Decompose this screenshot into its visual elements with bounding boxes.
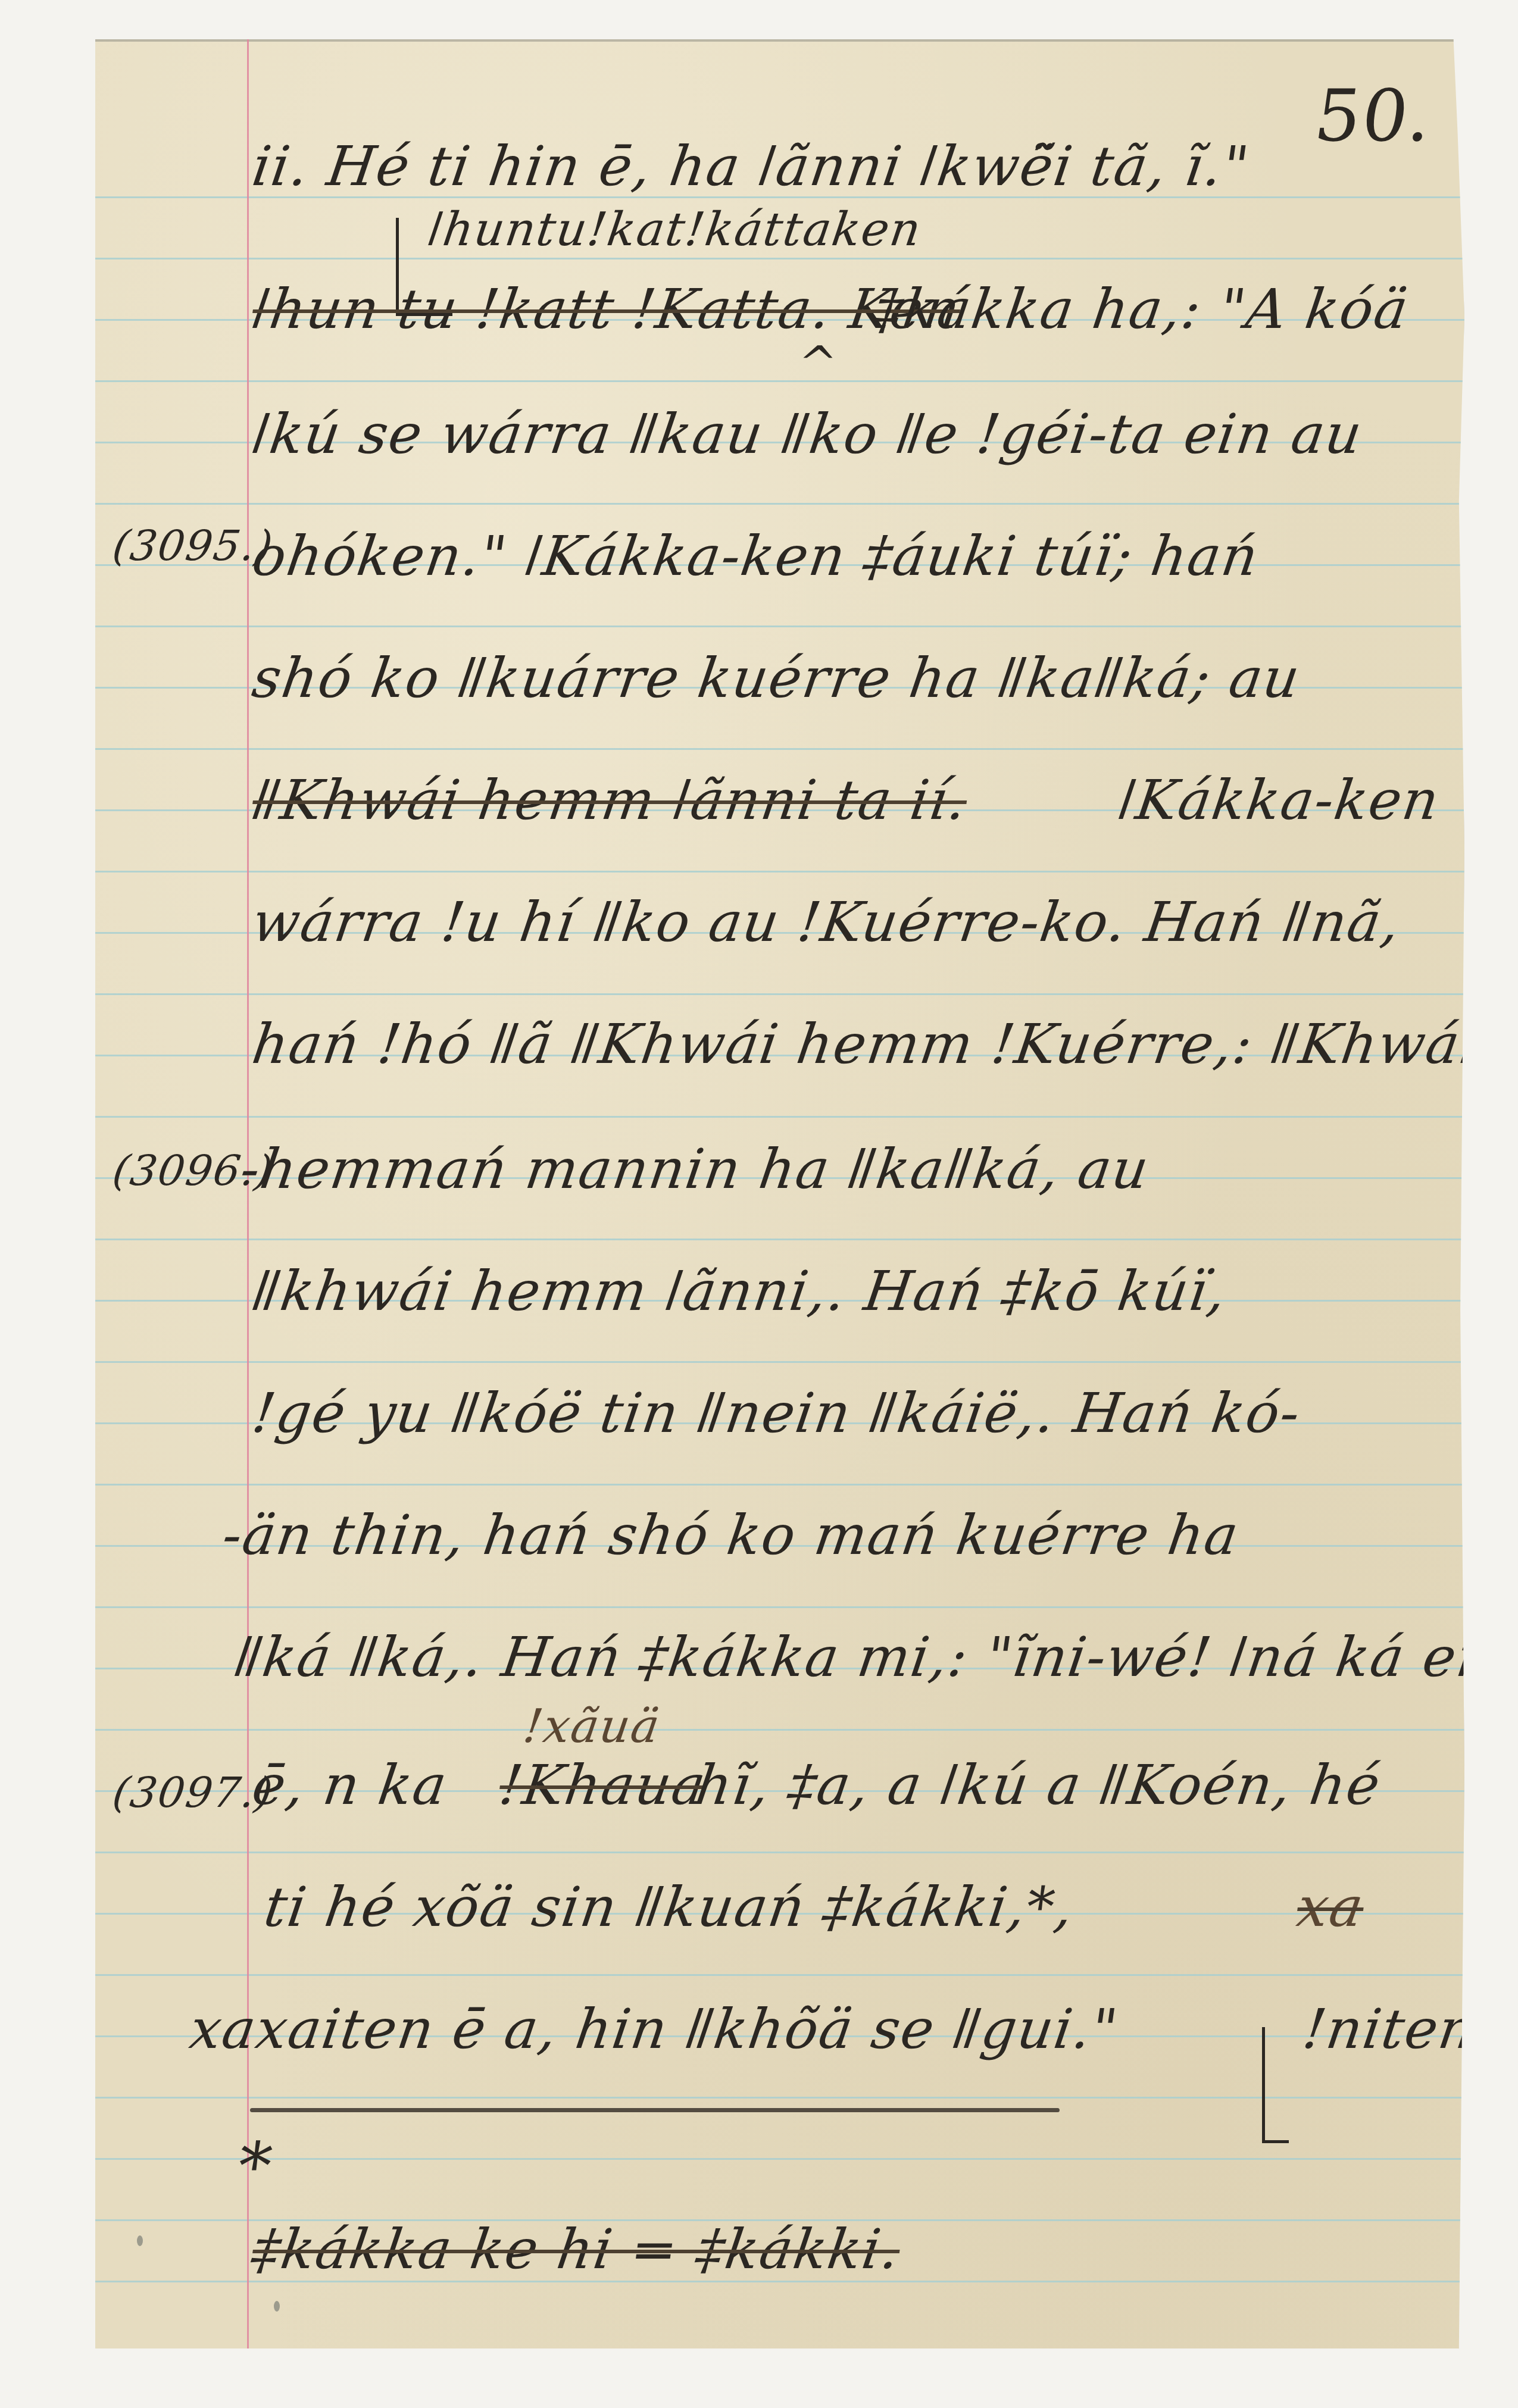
rule-line (95, 380, 1464, 382)
text-line-17: xaxaiten ē a, hin ǁkhõä se ǁgui." (186, 1997, 1122, 2061)
rule-line (95, 1606, 1464, 1608)
rule-line (95, 1974, 1464, 1976)
rule-line (95, 1484, 1464, 1486)
rule-line (95, 503, 1464, 505)
footnote-text: ‡kákka ke hi = ‡kákki. (248, 2218, 904, 2281)
page-edge (95, 39, 1464, 42)
manuscript-page: 50. (3095.) (3096.) (3097.) ii. Hé ti hi… (95, 39, 1464, 2348)
text-line-13: -än thin, hań shó ko mań kuérre ha (218, 1503, 1243, 1567)
text-line-8: wárra !u hí ǁko au !Kuérre-ko. Hań ǁnã, (248, 890, 1404, 954)
text-line-14: ǁká ǁká,. Hań ‡kákka mi,: "ĩni-wé! ǀná k… (230, 1625, 1498, 1689)
text-line-4: ǀkú se wárra ǁkau ǁko ǁe !géi-ta ein au (248, 402, 1366, 466)
interlinear-correction: ǀhuntu!kat!káttaken (425, 203, 925, 257)
text-line-16: ti hé xõä sin ǁkuań ‡kákki,*, (260, 1875, 1078, 1939)
section-divider (250, 2108, 1060, 2112)
struck-text: !Khaua (495, 1753, 710, 1817)
rule-line (95, 1239, 1464, 1240)
rule-line (95, 2097, 1464, 2099)
paper-speck (137, 2235, 143, 2246)
struck-text: xa (1293, 1875, 1368, 1939)
footnote-marker: * (233, 2128, 277, 2204)
struck-text: ǀhun tu !katt !Katta. Ken (248, 277, 964, 341)
insertion-bracket (1262, 2027, 1289, 2143)
marginal-note: !niten (1299, 1997, 1479, 2061)
rule-line (95, 626, 1464, 627)
text-line-10: -hemmań mannin ha ǁkaǁká, au (236, 1137, 1153, 1201)
text-line-11: ǁkhwái hemm ǀãnni,. Hań ‡kō kúï, (248, 1259, 1230, 1323)
text-line-3: ‡kákka ha,: "A kóä (870, 277, 1413, 341)
text-line-1: ii. Hé ti hin ē, ha ǀãnni ǀkwẽ̈i tã, ĩ." (248, 135, 1254, 198)
text-line-6: shó ko ǁkuárre kuérre ha ǁkaǁká; au (248, 646, 1304, 710)
paper-speck (274, 2301, 280, 2312)
rule-line (95, 1729, 1464, 1731)
text-line-15b: hĩ, ‡a, a ǀkú a ǁKoén, hé (692, 1753, 1385, 1817)
rule-line (95, 871, 1464, 872)
caret-mark: ^ (794, 337, 842, 390)
text-line-5: ohóken." ǀKákka-ken ‡áuki túï; hań (248, 524, 1263, 588)
text-line-12: !gé yu ǁkóë tin ǁnein ǁkáië,. Hań kó- (248, 1381, 1304, 1445)
text-line-15a: ē, n ka (248, 1753, 451, 1817)
rule-line (95, 2158, 1464, 2160)
rule-line (95, 1852, 1464, 1853)
rule-line (95, 258, 1464, 259)
rule-line (95, 1361, 1464, 1363)
interlinear-correction: !xãuä (520, 1700, 664, 1753)
text-line-7: ǀKákka-ken (1114, 768, 1444, 832)
page-number: 50. (1310, 75, 1438, 158)
text-line-9: hań !hó ǁã ǁKhwái hemm !Kuérre,: ǁKhwái- (248, 1012, 1503, 1076)
struck-text: ǁKhwái hemm ǀãnni ta ií. (248, 768, 971, 832)
rule-line (95, 748, 1464, 750)
rule-line (95, 993, 1464, 995)
rule-line (95, 1116, 1464, 1118)
